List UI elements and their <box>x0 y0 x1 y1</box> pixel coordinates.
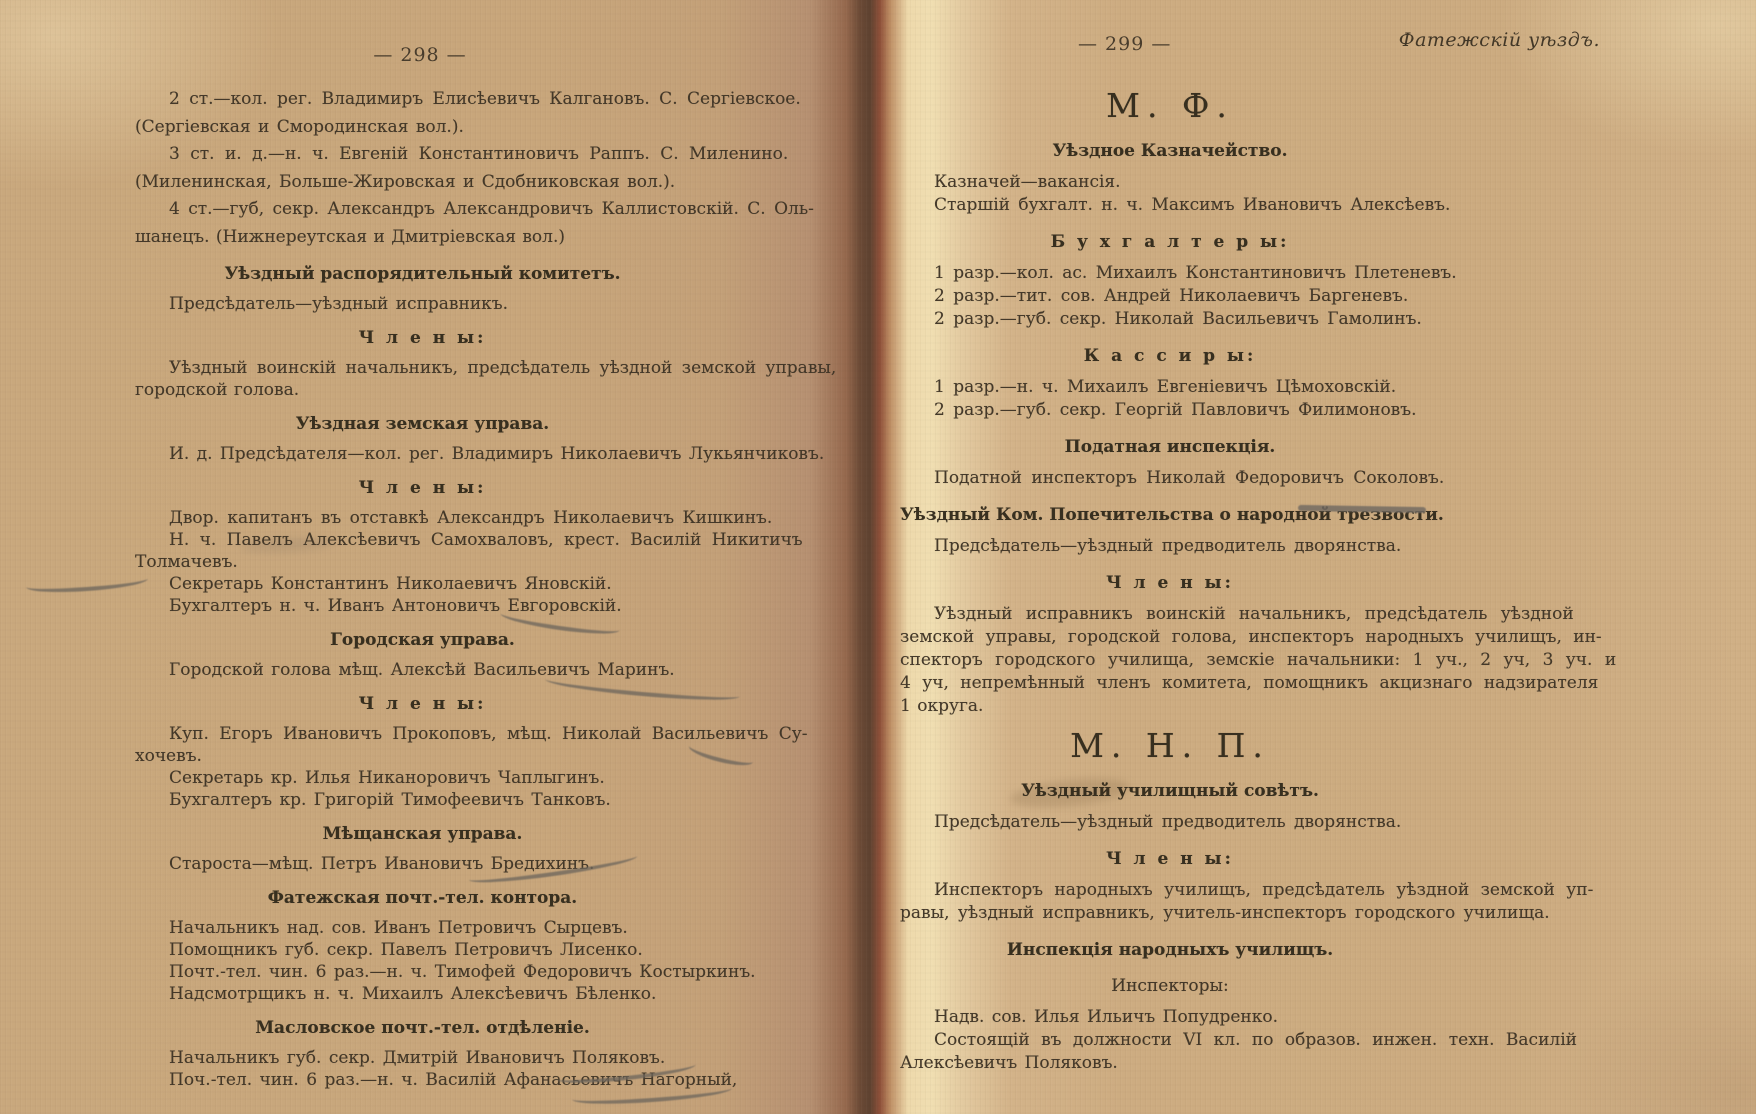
text-line: 2 разр.—тит. сов. Андрей Николаевичъ Бар… <box>900 285 1600 308</box>
text-line: Податной инспекторъ Николай Федоровичъ С… <box>900 467 1600 490</box>
text-line: 2 разр.—губ. секр. Николай Васильевичъ Г… <box>900 308 1600 331</box>
text-line: Уѣздный исправникъ воинскій начальникъ, … <box>900 603 1600 626</box>
text-line: Алексѣевичъ Поляковъ. <box>900 1052 1600 1075</box>
page-right-content: М. Ф.Уѣздное Казначейство.Казначей—вакан… <box>900 78 1600 1075</box>
page-right: — 299 — Фатежскій уѣздъ. М. Ф.Уѣздное Ка… <box>0 0 1756 1114</box>
ministry-heading: М. Ф. <box>900 86 1440 126</box>
section-heading: Уѣздный училищный совѣтъ. <box>900 780 1440 802</box>
running-title: Фатежскій уѣздъ. <box>1330 29 1600 51</box>
text-line: Надв. сов. Илья Ильичъ Попудренко. <box>900 1006 1600 1029</box>
roles-heading: Б у х г а л т е р ы: <box>900 231 1440 253</box>
text-line: Инспекторъ народныхъ училищъ, предсѣдате… <box>900 879 1600 902</box>
text-line: 1 округа. <box>900 695 1600 718</box>
centered-heading: Инспекторы: <box>900 975 1440 997</box>
text-line: 1 разр.—н. ч. Михаилъ Евгеніевичъ Цѣмохо… <box>900 376 1600 399</box>
text-line: 4 уч, непремѣнный членъ комитета, помощн… <box>900 672 1600 695</box>
text-line: 1 разр.—кол. ас. Михаилъ Константиновичъ… <box>900 262 1600 285</box>
text-line: равы, уѣздный исправникъ, учитель-инспек… <box>900 902 1600 925</box>
book-scan: — 298 — 2 ст.—кол. рег. Владимиръ Елисѣе… <box>0 0 1756 1114</box>
text-line: Предсѣдатель—уѣздный предводитель дворян… <box>900 535 1600 558</box>
text-line: Старшій бухгалт. н. ч. Максимъ Ивановичъ… <box>900 194 1600 217</box>
text-line: Предсѣдатель—уѣздный предводитель дворян… <box>900 811 1600 834</box>
section-heading: Инспекція народныхъ училищъ. <box>900 939 1440 961</box>
text-line: спекторъ городского училища, земскіе нач… <box>900 649 1600 672</box>
roles-heading: Ч л е н ы: <box>900 848 1440 870</box>
roles-heading: К а с с и р ы: <box>900 345 1440 367</box>
text-line: Казначей—вакансія. <box>900 171 1600 194</box>
section-heading: Уѣздное Казначейство. <box>900 140 1440 162</box>
roles-heading: Ч л е н ы: <box>900 572 1440 594</box>
section-heading: Податная инспекція. <box>900 436 1440 458</box>
text-line: земской управы, городской голова, инспек… <box>900 626 1600 649</box>
text-line: 2 разр.—губ. секр. Георгій Павловичъ Фил… <box>900 399 1600 422</box>
page-number-right: — 299 — <box>1078 33 1171 55</box>
text-line: Состоящій въ должности VI кл. по образов… <box>900 1029 1600 1052</box>
ministry-heading: М. Н. П. <box>900 726 1440 766</box>
